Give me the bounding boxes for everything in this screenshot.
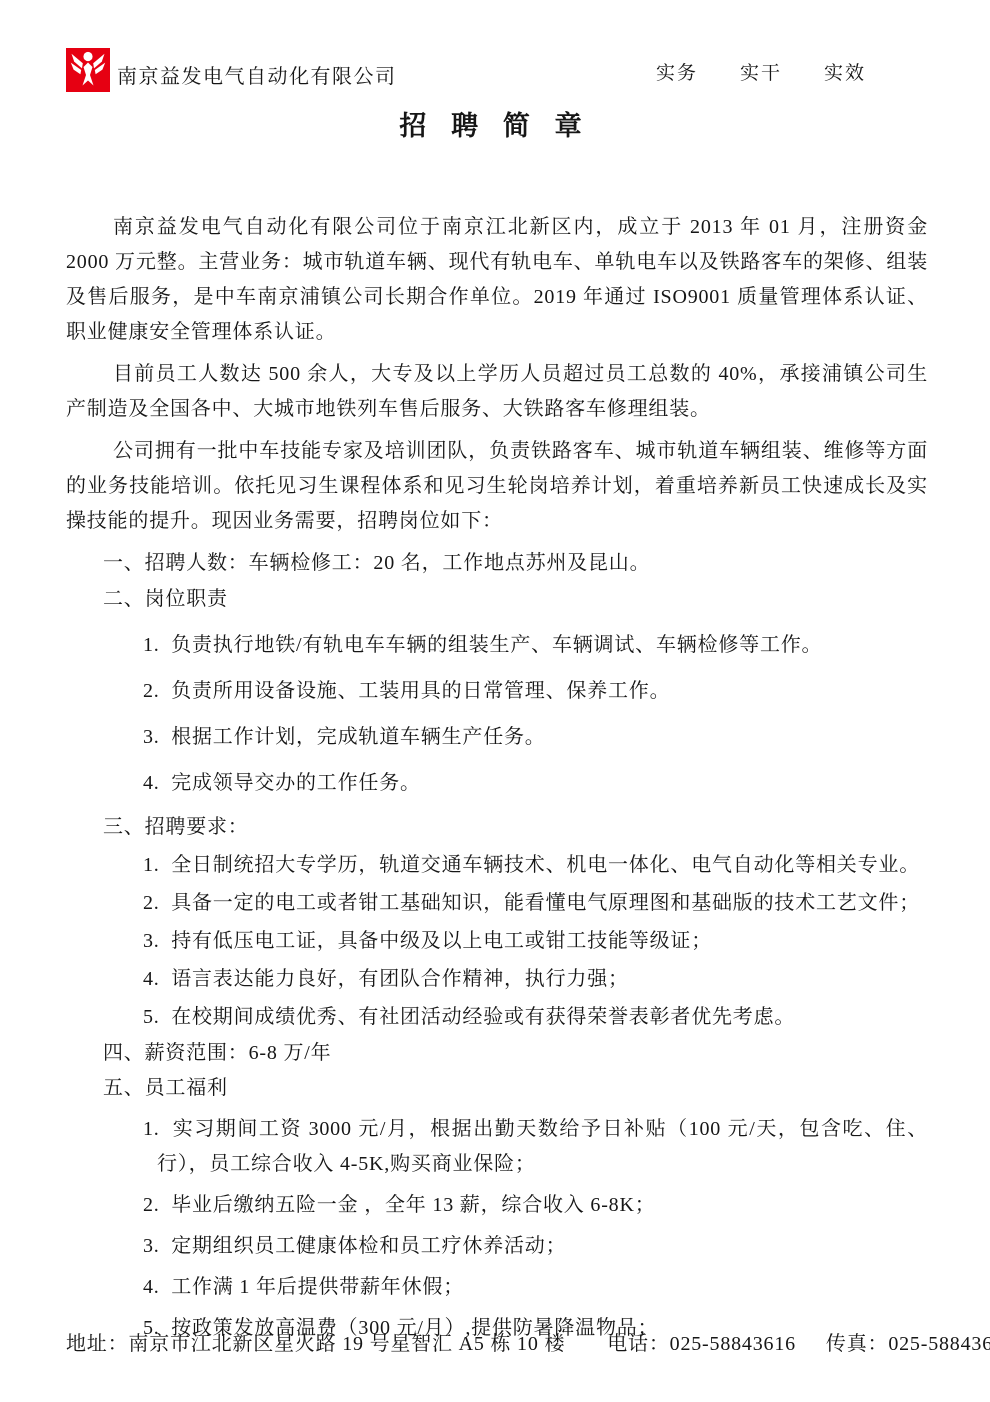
section-heading: 二、岗位职责 [66, 582, 928, 617]
slogan-shixiao: 实效 [824, 58, 866, 85]
page-title: 招 聘 简 章 [0, 106, 990, 146]
list-item: 1. 全日制统招大专学历，轨道交通车辆技术、机电一体化、电气自动化等相关专业。 [66, 848, 928, 883]
section-requirements: 三、招聘要求： 1. 全日制统招大专学历，轨道交通车辆技术、机电一体化、电气自动… [66, 810, 928, 1035]
slogan-group: 实务 实干 实效 [656, 58, 866, 92]
phone-value: 025-58843616 [670, 1333, 796, 1355]
section-heading: 五、员工福利 [66, 1071, 928, 1106]
intro-paragraph-2: 目前员工人数达 500 余人，大专及以上学历人员超过员工总数的 40%，承接浦镇… [66, 357, 928, 427]
document-header: 南京益发电气自动化有限公司 实务 实干 实效 [0, 0, 990, 92]
section-heading: 一、招聘人数：车辆检修工：20 名，工作地点苏州及昆山。 [66, 546, 928, 581]
list-item: 4. 工作满 1 年后提供带薪年休假； [66, 1270, 928, 1305]
section-job-duties: 二、岗位职责 1. 负责执行地铁/有轨电车车辆的组装生产、车辆调试、车辆检修等工… [66, 582, 928, 801]
address-value: 南京市江北新区星火路 19 号星智汇 A5 栋 10 楼 [128, 1333, 565, 1355]
recruitment-document-page: 南京益发电气自动化有限公司 实务 实干 实效 招 聘 简 章 南京益发电气自动化… [0, 0, 990, 1402]
list-item: 2. 毕业后缴纳五险一金 ，全年 13 薪，综合收入 6-8K； [66, 1188, 928, 1223]
list-item: 4. 完成领导交办的工作任务。 [66, 766, 928, 801]
list-item: 2. 负责所用设备设施、工装用具的日常管理、保养工作。 [66, 674, 928, 709]
document-body: 南京益发电气自动化有限公司位于南京江北新区内，成立于 2013 年 01 月，注… [0, 210, 990, 1346]
list-item: 5. 在校期间成绩优秀、有社团活动经验或有获得荣誉表彰者优先考虑。 [66, 1000, 928, 1035]
fax-value: 025-58843665 [888, 1333, 990, 1355]
section-benefits: 五、员工福利 1. 实习期间工资 3000 元/月，根据出勤天数给予日补贴（10… [66, 1071, 928, 1346]
fax-label: 传真： [826, 1333, 888, 1355]
intro-paragraph-1: 南京益发电气自动化有限公司位于南京江北新区内，成立于 2013 年 01 月，注… [66, 210, 928, 350]
slogan-shigan: 实干 [740, 58, 782, 85]
slogan-shiwu: 实务 [656, 58, 698, 85]
intro-paragraph-3: 公司拥有一批中车技能专家及培训团队，负责铁路客车、城市轨道车辆组装、维修等方面的… [66, 434, 928, 539]
list-item: 3. 持有低压电工证，具备中级及以上电工或钳工技能等级证； [66, 924, 928, 959]
section-heading: 三、招聘要求： [66, 810, 928, 845]
company-name: 南京益发电气自动化有限公司 [117, 60, 397, 92]
company-logo-icon [66, 48, 110, 92]
list-item: 1. 实习期间工资 3000 元/月，根据出勤天数给予日补贴（100 元/天，包… [66, 1112, 928, 1182]
section-salary-range: 四、薪资范围：6-8 万/年 [66, 1036, 928, 1071]
address-label: 地址： [66, 1333, 128, 1355]
list-item: 3. 根据工作计划，完成轨道车辆生产任务。 [66, 720, 928, 755]
phone-label: 电话： [607, 1333, 669, 1355]
section-heading: 四、薪资范围：6-8 万/年 [66, 1036, 928, 1071]
list-item: 3. 定期组织员工健康体检和员工疗休养活动； [66, 1229, 928, 1264]
section-recruit-count: 一、招聘人数：车辆检修工：20 名，工作地点苏州及昆山。 [66, 546, 928, 581]
list-item: 2. 具备一定的电工或者钳工基础知识，能看懂电气原理图和基础版的技术工艺文件； [66, 886, 928, 921]
contact-footer: 地址：南京市江北新区星火路 19 号星智汇 A5 栋 10 楼电话：025-58… [66, 1327, 950, 1362]
list-item: 4. 语言表达能力良好，有团队合作精神，执行力强； [66, 962, 928, 997]
list-item: 1. 负责执行地铁/有轨电车车辆的组装生产、车辆调试、车辆检修等工作。 [66, 628, 928, 663]
